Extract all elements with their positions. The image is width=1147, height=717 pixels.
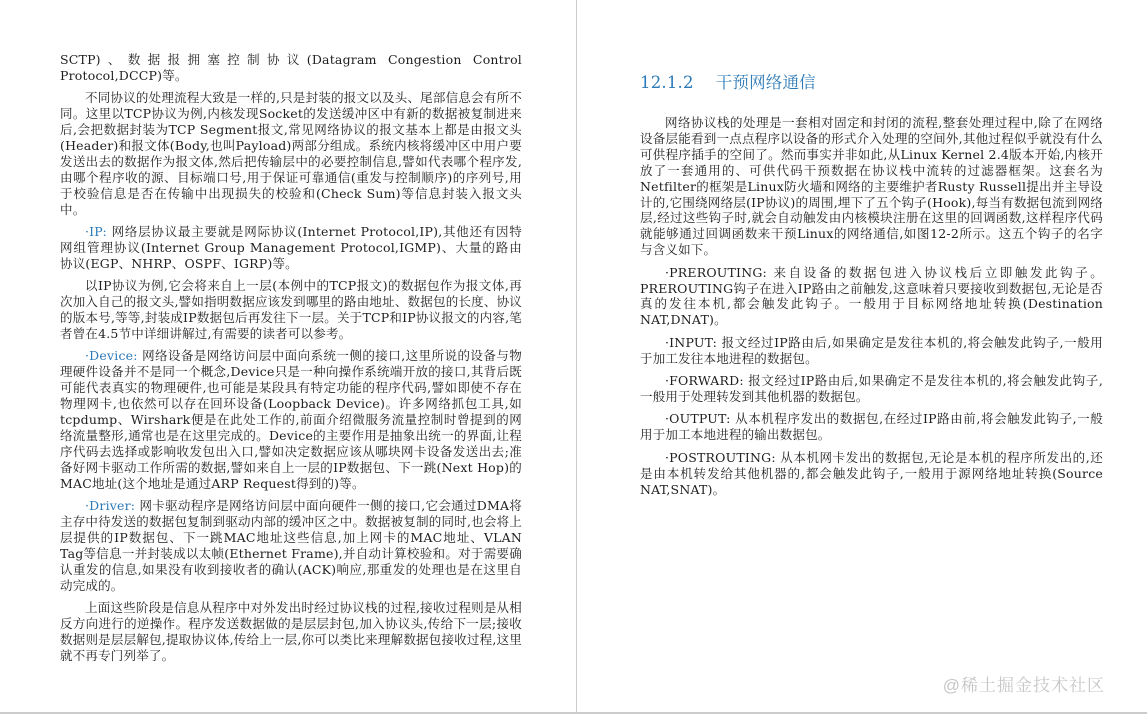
right-term-label-3: ·INPUT: <box>665 335 717 350</box>
left-paragraph-3: ·IP: 网络层协议最主要就是网际协议(Internet Protocol,IP… <box>60 224 522 272</box>
right-term-label-6: ·POSTROUTING: <box>665 450 776 465</box>
left-term-label-5: ·Device: <box>85 348 138 363</box>
left-term-label-3: ·IP: <box>85 224 107 239</box>
left-paragraph-1: SCTP)、数据报拥塞控制协议(Datagram Congestion Cont… <box>60 52 522 84</box>
left-paragraph-5: ·Device: 网络设备是网络访问层中面向系统一侧的接口,这里所说的设备与物理… <box>60 348 522 491</box>
right-term-label-2: ·PREROUTING: <box>665 265 767 280</box>
right-paragraph-3: ·INPUT: 报文经过IP路由后,如果确定是发往本机的,将会触发此钩子,一般用… <box>640 335 1103 367</box>
left-term-label-6: ·Driver: <box>85 498 135 513</box>
bottom-rule <box>0 712 1147 714</box>
right-page: 12.1.2干预网络通信 网络协议栈的处理是一套相对固定和封闭的流程,整套处理过… <box>640 72 1103 497</box>
right-paragraph-4: ·FORWARD: 报文经过IP路由后,如果确定不是发往本机的,将会触发此钩子,… <box>640 373 1103 405</box>
right-term-label-5: ·OUTPUT: <box>665 411 731 426</box>
right-paragraph-6: ·POSTROUTING: 从本机网卡发出的数据包,无论是本机的程序所发出的,还… <box>640 450 1103 498</box>
section-heading: 12.1.2干预网络通信 <box>640 72 1103 93</box>
book-spread: SCTP)、数据报拥塞控制协议(Datagram Congestion Cont… <box>0 0 1147 717</box>
watermark-text: @稀土掘金技术社区 <box>943 671 1105 696</box>
page-divider-line <box>576 0 577 713</box>
right-paragraph-2: ·PREROUTING: 来自设备的数据包进入协议栈后立即触发此钩子。PRERO… <box>640 265 1103 329</box>
right-paragraph-1: 网络协议栈的处理是一套相对固定和封闭的流程,整套处理过程中,除了在网络设备层能看… <box>640 115 1103 258</box>
section-title: 干预网络通信 <box>716 73 816 92</box>
left-paragraph-6: ·Driver: 网卡驱动程序是网络访问层中面向硬件一侧的接口,它会通过DMA将… <box>60 498 522 593</box>
left-paragraph-2: 不同协议的处理流程大致是一样的,只是封装的报文以及头、尾部信息会有所不同。这里以… <box>60 90 522 217</box>
left-paragraph-7: 上面这些阶段是信息从程序中对外发出时经过协议栈的过程,接收过程则是从相反方向进行… <box>60 600 522 664</box>
right-page-body: 网络协议栈的处理是一套相对固定和封闭的流程,整套处理过程中,除了在网络设备层能看… <box>640 115 1103 497</box>
left-paragraph-4: 以IP协议为例,它会将来自上一层(本例中的TCP报文)的数据包作为报文体,再次加… <box>60 278 522 342</box>
right-term-label-4: ·FORWARD: <box>665 373 744 388</box>
section-number: 12.1.2 <box>640 73 694 92</box>
left-page: SCTP)、数据报拥塞控制协议(Datagram Congestion Cont… <box>60 52 522 664</box>
right-paragraph-5: ·OUTPUT: 从本机程序发出的数据包,在经过IP路由前,将会触发此钩子,一般… <box>640 411 1103 443</box>
